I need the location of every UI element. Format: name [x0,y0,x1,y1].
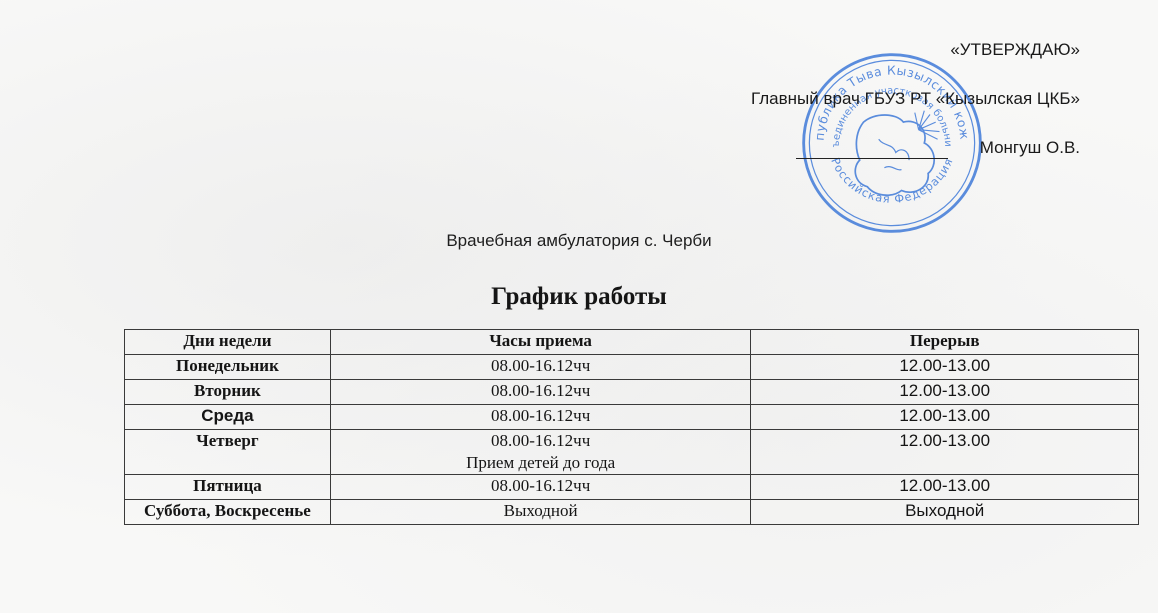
day-cell: Понедельник [125,355,331,380]
break-cell: 12.00-13.00 [751,355,1139,380]
svg-text:Российская Федерация: Российская Федерация [828,156,956,206]
hours-value: 08.00-16.12чч [335,430,747,452]
official-stamp: Республика Тыва Кызылский кожуун объедин… [797,48,987,238]
break-cell: 12.00-13.00 [751,380,1139,405]
table-row: Понедельник 08.00-16.12чч 12.00-13.00 [125,355,1139,380]
approval-heading: «УТВЕРЖДАЮ» [950,40,1080,60]
hours-cell: Выходной [330,500,751,525]
hours-note: Прием детей до года [335,452,747,474]
day-cell: Суббота, Воскресенье [125,500,331,525]
break-cell: 12.00-13.00 [751,475,1139,500]
schedule-table: Дни недели Часы приема Перерыв Понедельн… [124,329,1139,525]
table-header-row: Дни недели Часы приема Перерыв [125,330,1139,355]
table-row: Суббота, Воскресенье Выходной Выходной [125,500,1139,525]
break-cell: 12.00-13.00 [751,405,1139,430]
header-days: Дни недели [125,330,331,355]
header-hours: Часы приема [330,330,751,355]
hours-cell: 08.00-16.12чч Прием детей до года [330,430,751,475]
break-cell: Выходной [751,500,1139,525]
document-title: График работы [0,283,1158,311]
table-row: Среда 08.00-16.12чч 12.00-13.00 [125,405,1139,430]
hours-cell: 08.00-16.12чч [330,380,751,405]
facility-name: Врачебная амбулатория с. Черби [0,231,1158,251]
break-cell: 12.00-13.00 [751,430,1139,475]
hours-cell: 08.00-16.12чч [330,355,751,380]
stamp-seal-icon: Республика Тыва Кызылский кожуун объедин… [797,48,987,238]
day-cell: Четверг [125,430,331,475]
signature-line [796,158,948,159]
table-row: Вторник 08.00-16.12чч 12.00-13.00 [125,380,1139,405]
hours-cell: 08.00-16.12чч [330,475,751,500]
day-cell: Среда [125,405,331,430]
approver-name: Монгуш О.В. [980,138,1080,158]
approver-position: Главный врач ГБУЗ РТ «Кызылская ЦКБ» [751,89,1080,109]
hours-cell: 08.00-16.12чч [330,405,751,430]
header-break: Перерыв [751,330,1139,355]
table-row: Пятница 08.00-16.12чч 12.00-13.00 [125,475,1139,500]
table-row: Четверг 08.00-16.12чч Прием детей до год… [125,430,1139,475]
day-cell: Пятница [125,475,331,500]
day-cell: Вторник [125,380,331,405]
